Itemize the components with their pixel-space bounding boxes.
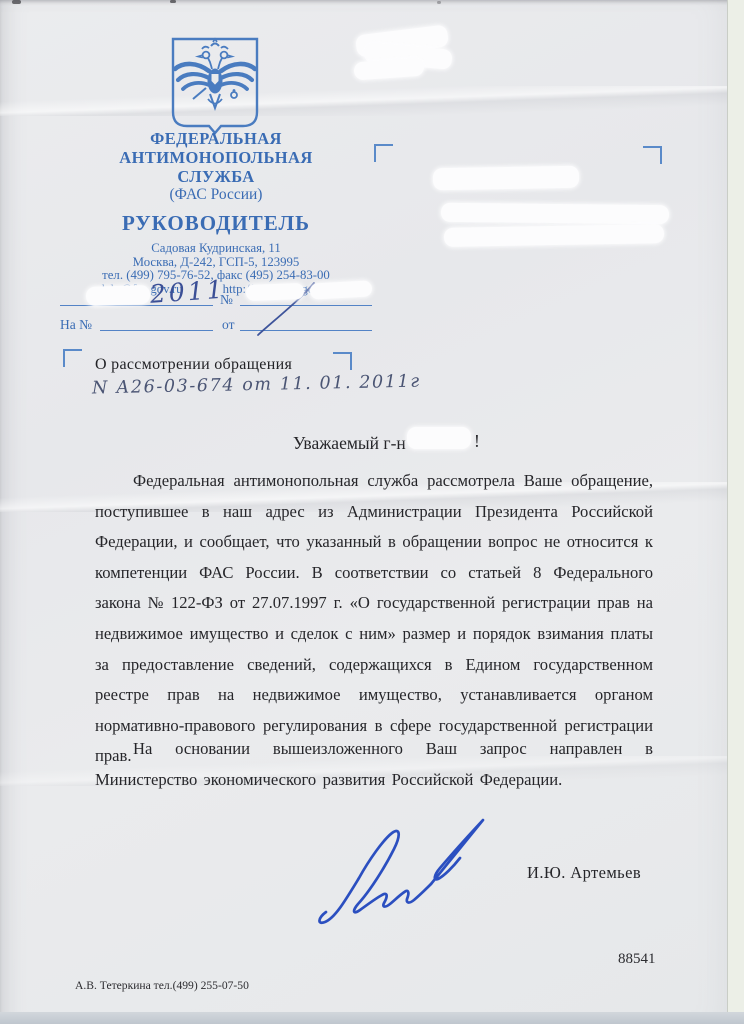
from-label: от bbox=[222, 317, 234, 333]
redaction-patch bbox=[86, 285, 151, 306]
corner-mark-addressee-right bbox=[643, 146, 662, 164]
redaction-patch bbox=[310, 280, 373, 299]
signature-scribble bbox=[293, 806, 493, 943]
org-name: ФЕДЕРАЛЬНАЯ АНТИМОНОПОЛЬНАЯ СЛУЖБА bbox=[40, 129, 392, 186]
subject-line: О рассмотрении обращения bbox=[95, 356, 292, 374]
redaction-patch bbox=[444, 224, 664, 247]
coat-of-arms-icon bbox=[167, 36, 263, 142]
document-number: 88541 bbox=[618, 951, 656, 968]
redaction-patch-name bbox=[407, 427, 471, 449]
subject-handwritten-ref: N А26-03-674 от 11. 01. 2011г bbox=[92, 372, 421, 399]
executor-line: А.В. Тетеркина тел.(499) 255-07-50 bbox=[75, 979, 249, 992]
corner-mark-addressee-left bbox=[374, 144, 393, 162]
org-abbr: (ФАС России) bbox=[40, 186, 392, 204]
scanned-letter-page: ФЕДЕРАЛЬНАЯ АНТИМОНОПОЛЬНАЯ СЛУЖБА (ФАС … bbox=[0, 0, 744, 1024]
corner-mark-subject-right bbox=[333, 352, 352, 370]
redaction-patch bbox=[246, 283, 305, 301]
redaction-scribble bbox=[352, 24, 462, 86]
body-paragraph-1: Федеральная антимонопольная служба рассм… bbox=[95, 466, 653, 772]
scanner-edge-bottom bbox=[0, 1012, 744, 1024]
body-paragraph-2: На основании вышеизложенного Ваш запрос … bbox=[95, 734, 653, 795]
redaction-patch bbox=[433, 166, 579, 191]
address-line1: Садовая Кудринская, 11 bbox=[28, 242, 404, 256]
scanner-edge-right bbox=[727, 0, 744, 1024]
on-number-label: На № bbox=[60, 317, 92, 333]
corner-mark-subject-left bbox=[63, 349, 82, 367]
signer-name: И.Ю. Артемьев bbox=[527, 863, 641, 883]
org-name-line1: ФЕДЕРАЛЬНАЯ bbox=[40, 129, 392, 148]
salutation: Уважаемый г-н bbox=[293, 433, 406, 454]
position-title: РУКОВОДИТЕЛЬ bbox=[40, 211, 392, 236]
paper-crease bbox=[0, 86, 744, 116]
org-name-line2: АНТИМОНОПОЛЬНАЯ bbox=[40, 148, 392, 167]
org-name-line3: СЛУЖБА bbox=[40, 167, 392, 186]
scan-speck bbox=[12, 0, 21, 4]
scan-speck bbox=[437, 1, 441, 4]
scan-speck bbox=[170, 0, 176, 3]
on-number-underline bbox=[100, 330, 213, 331]
salutation-exclamation: ! bbox=[474, 431, 480, 452]
redaction-patch bbox=[441, 203, 669, 224]
address-line2: Москва, Д-242, ГСП-5, 123995 bbox=[28, 256, 404, 270]
